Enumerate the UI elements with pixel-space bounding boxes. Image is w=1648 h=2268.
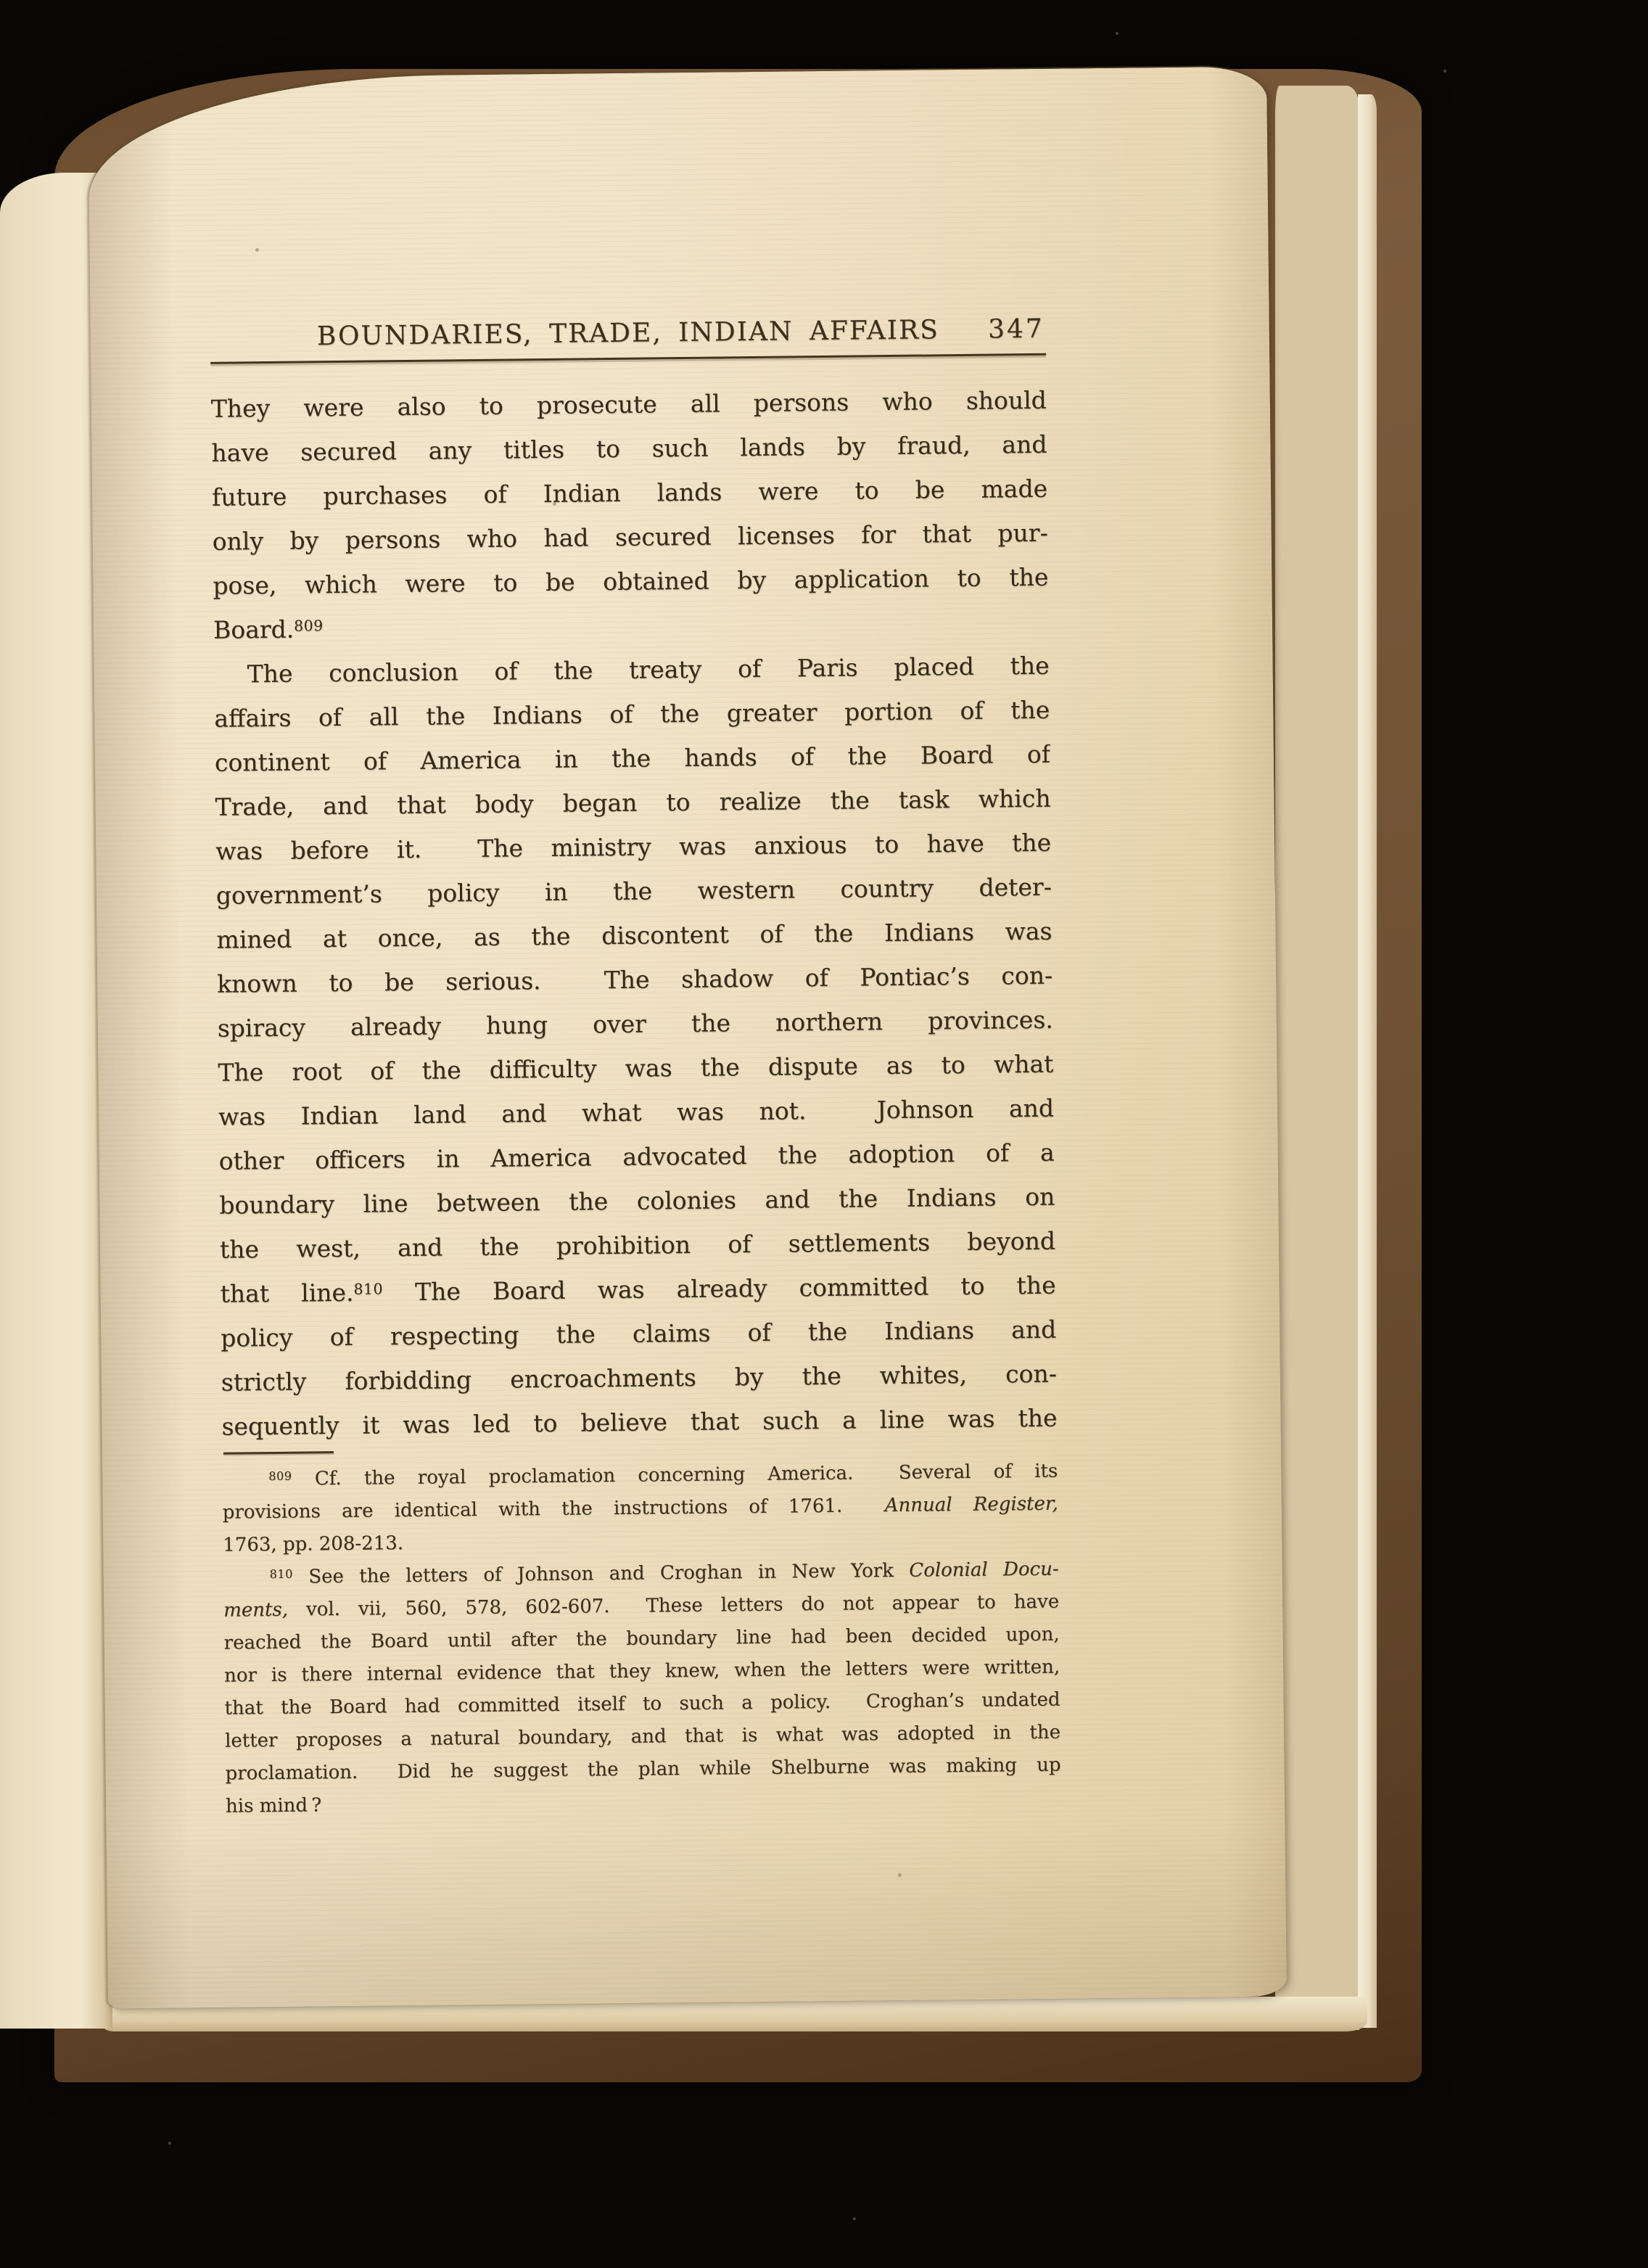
- footnote-marker: 810: [353, 1281, 383, 1298]
- dust-speck: [853, 2217, 856, 2220]
- header-rule: [210, 353, 1046, 364]
- dust-speck: [553, 502, 556, 506]
- body-line: sequently it was led to believe that suc…: [221, 1396, 1058, 1449]
- footnote: 809 Cf. the royal proclamation concernin…: [222, 1455, 1058, 1562]
- dust-speck: [1116, 32, 1118, 35]
- italic-citation: Annual Register,: [885, 1493, 1058, 1517]
- paragraph: The conclusion of the treaty of Paris pl…: [213, 644, 1057, 1449]
- body-text: They were also to prosecute all persons …: [211, 378, 1058, 1449]
- dust-speck: [255, 248, 259, 252]
- italic-citation: ments,: [223, 1599, 288, 1622]
- header-title: BOUNDARIES, TRADE, INDIAN AFFAIRS: [317, 315, 939, 351]
- page-number: 347: [988, 312, 1045, 348]
- page-content: BOUNDARIES, TRADE, INDIAN AFFAIRS 347 Th…: [210, 312, 1062, 1823]
- endpaper-edge: [1358, 94, 1377, 2028]
- dust-speck: [1443, 70, 1446, 73]
- footnote-marker: 809: [294, 617, 324, 635]
- dust-speck: [168, 2142, 171, 2145]
- footnote-marker: 809: [268, 1469, 292, 1483]
- photo-background: { "page": { "header": { "title": "BOUNDA…: [0, 0, 1648, 2268]
- running-head: BOUNDARIES, TRADE, INDIAN AFFAIRS 347: [210, 312, 1046, 356]
- italic-citation: Colonial Docu-: [909, 1558, 1059, 1582]
- footnotes: 809 Cf. the royal proclamation concernin…: [222, 1455, 1061, 1823]
- footnote-separator: [223, 1451, 334, 1455]
- dust-speck: [898, 1873, 902, 1877]
- paragraph: They were also to prosecute all persons …: [211, 378, 1050, 652]
- footnote-marker: 810: [270, 1567, 293, 1581]
- body-line: pose, which were to be obtained by appli…: [213, 555, 1049, 608]
- fore-edge-pages: [1275, 86, 1359, 2030]
- book-page: BOUNDARIES, TRADE, INDIAN AFFAIRS 347 Th…: [88, 67, 1287, 2009]
- footnote: 810 See the letters of Johnson and Crogh…: [223, 1553, 1062, 1823]
